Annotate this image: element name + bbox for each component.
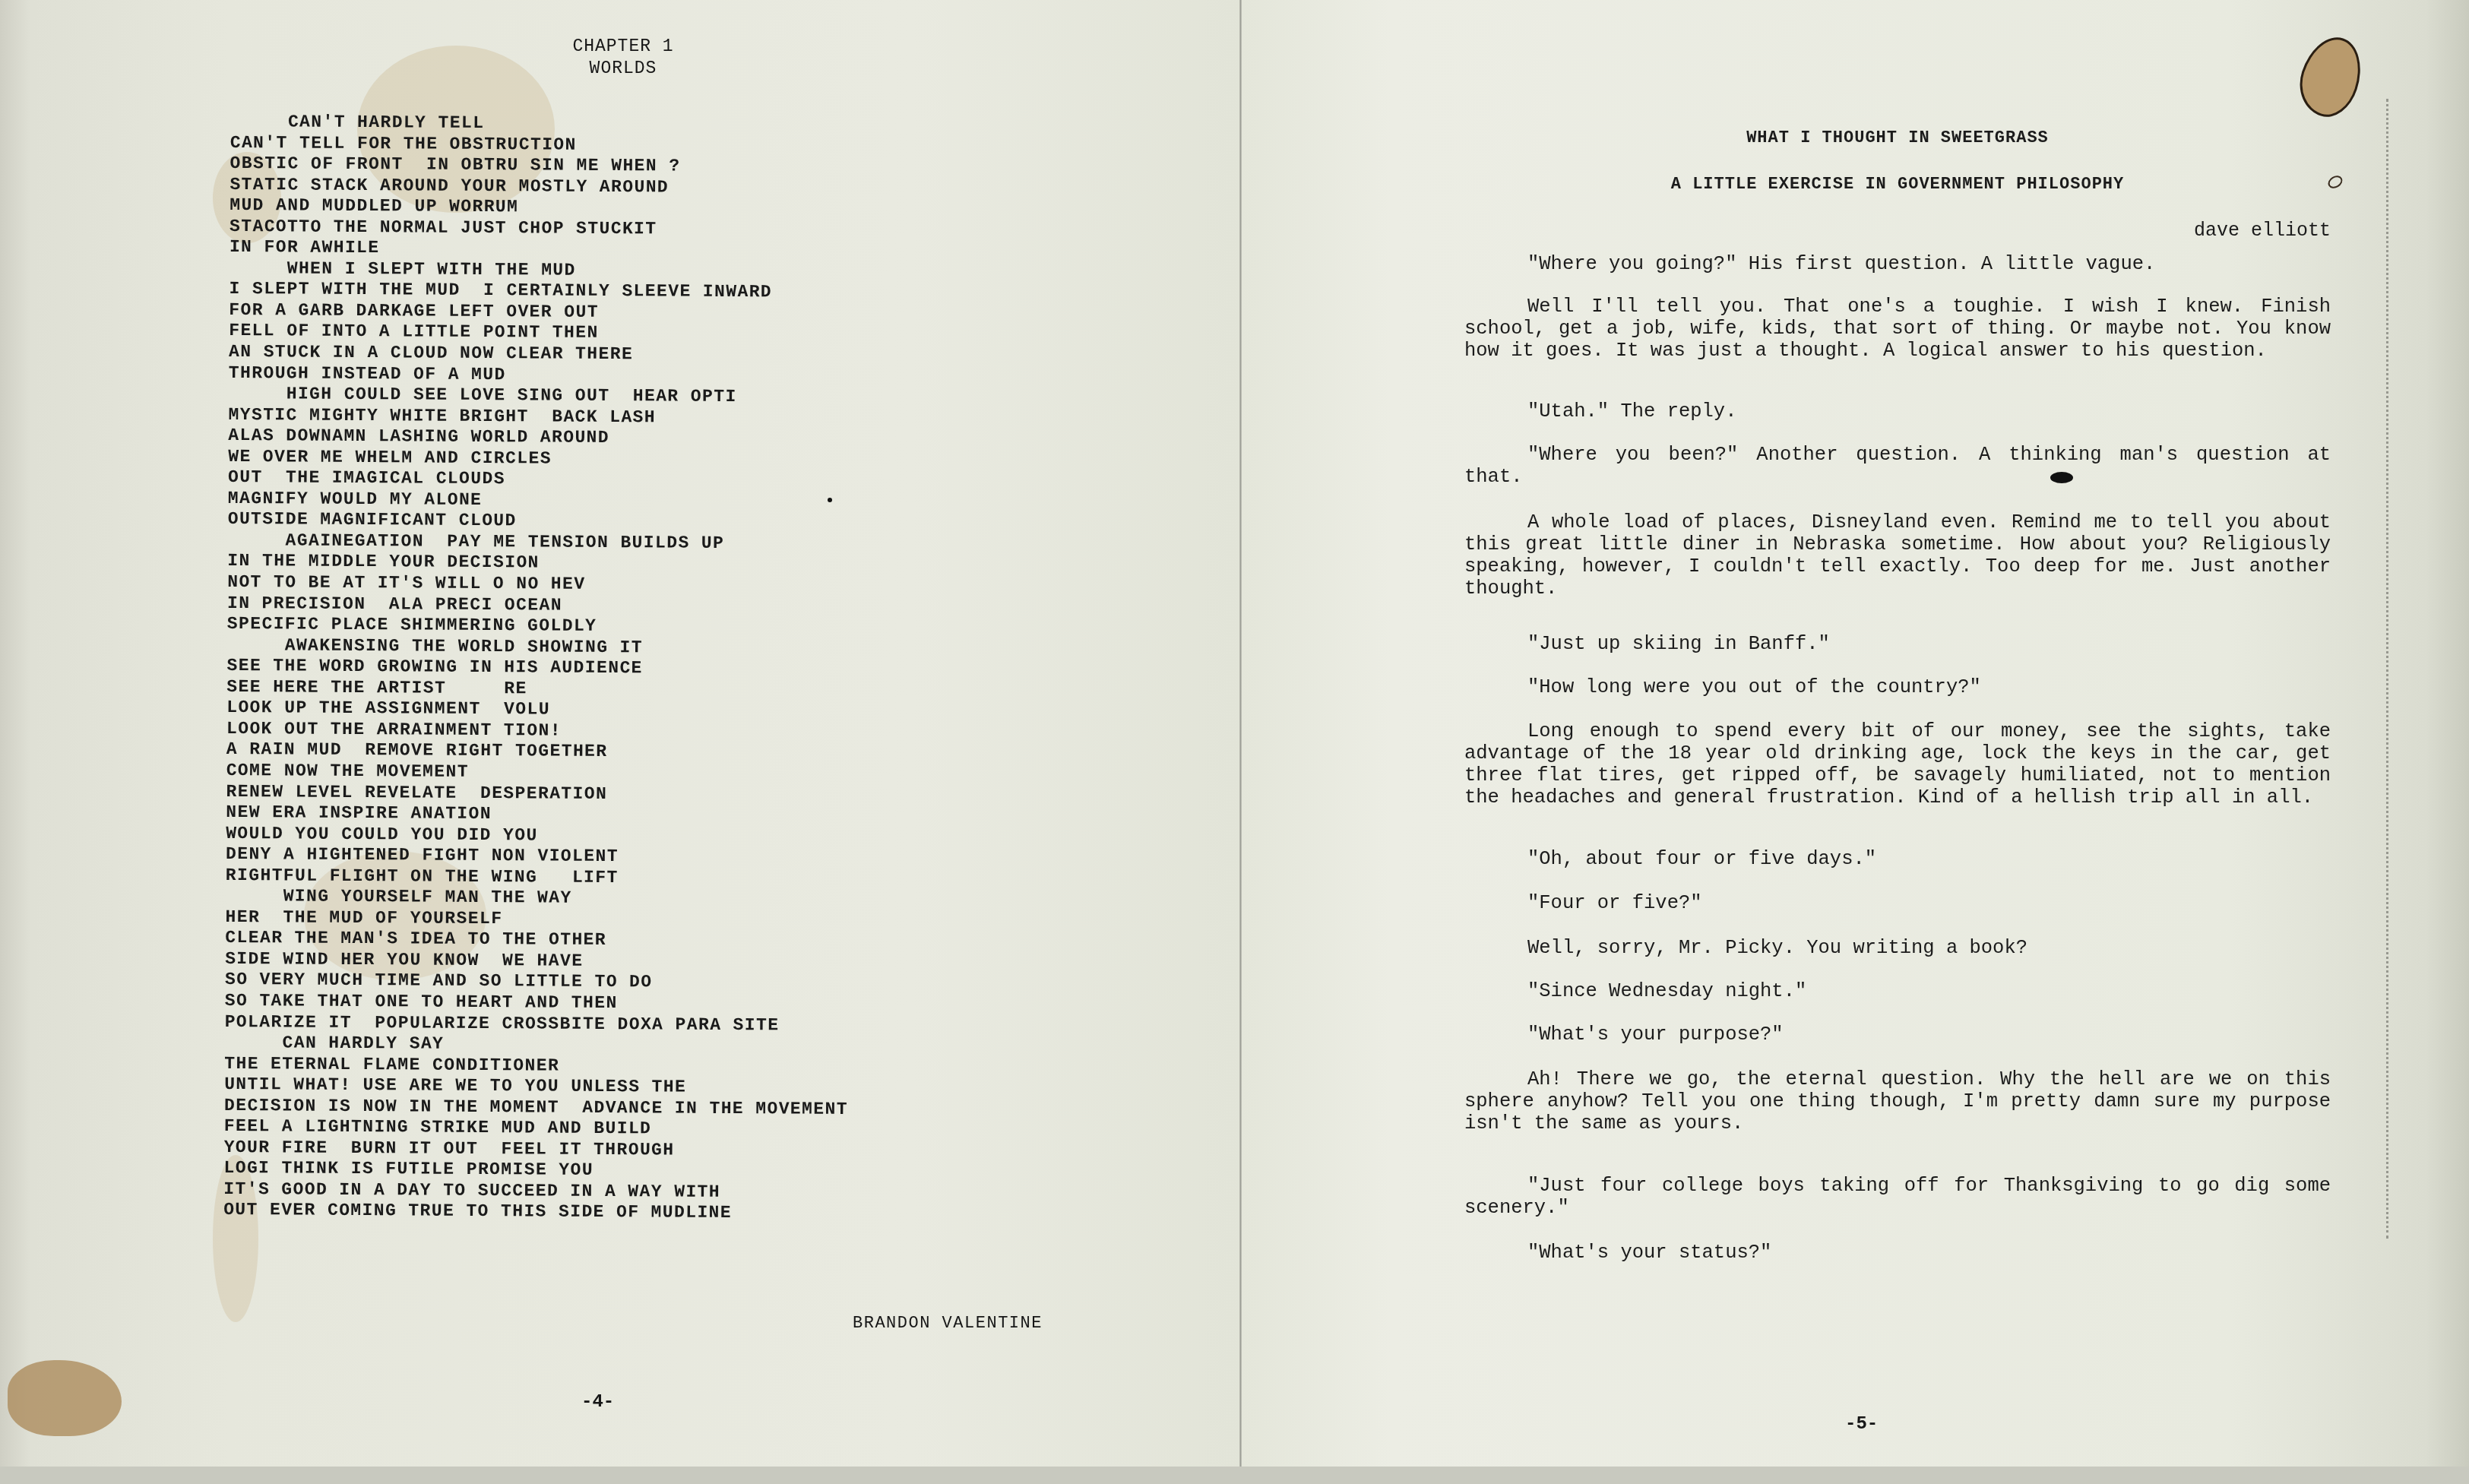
left-page: CHAPTER 1 WORLDS CAN'T HARDLY TELLCAN'T … [0,0,1241,1484]
poem-signature: BRANDON VALENTINE [853,1314,1043,1333]
essay-paragraph: A whole load of places, Disneyland even.… [1464,511,2331,600]
coffee-stain-corner [8,1360,122,1436]
essay-paragraph: Well, sorry, Mr. Picky. You writing a bo… [1464,937,2331,959]
essay-paragraph: "Four or five?" [1464,892,2331,914]
essay-paragraph: Well I'll tell you. That one's a toughie… [1464,296,2331,362]
essay-paragraph: Ah! There we go, the eternal question. W… [1464,1068,2331,1134]
essay-paragraph: "What's your status?" [1464,1242,2331,1264]
page-number-right: -5- [1845,1414,1878,1435]
chapter-heading: CHAPTER 1 WORLDS [562,36,684,80]
essay-paragraph: "What's your purpose?" [1464,1024,2331,1046]
bottom-edge [0,1467,2469,1484]
poem-line: NEW ERA INSPIRE ANATION [226,802,850,827]
poem-line: NOT TO BE AT IT'S WILL O NO HEV [227,572,851,597]
essay-paragraph: "Where you been?" Another question. A th… [1464,444,2331,488]
poem-line: CAN'T HARDLY TELL [230,112,854,137]
poem-text: CAN'T HARDLY TELLCAN'T TELL FOR THE OBST… [223,112,854,1225]
poem-line: COME NOW THE MOVEMENT [226,761,850,786]
essay-paragraph: "Just up skiing in Banff." [1464,633,2331,655]
page-number-left: -4- [581,1392,614,1413]
essay-paragraph: "How long were you out of the country?" [1464,676,2331,698]
center-fold [1239,0,1242,1484]
chapter-title: WORLDS [562,58,684,80]
poem-line: SO TAKE THAT ONE TO HEART AND THEN [225,991,849,1016]
essay-subtitle: A LITTLE EXERCISE IN GOVERNMENT PHILOSOP… [1464,173,2331,195]
essay-paragraph: "Since Wednesday night." [1464,980,2331,1002]
essay-paragraph: "Just four college boys taking off for T… [1464,1175,2331,1219]
poem-line: OUT EVER COMING TRUE TO THIS SIDE OF MUD… [223,1200,847,1225]
chapter-label: CHAPTER 1 [562,36,684,58]
essay-title: WHAT I THOUGHT IN SWEETGRASS [1464,127,2331,149]
essay-paragraph: "Utah." The reply. [1464,400,2331,422]
essay-paragraph: "Oh, about four or five days." [1464,848,2331,870]
essay-paragraph: Long enough to spend every bit of our mo… [1464,720,2331,808]
page-edge [2386,99,2391,1239]
poem-line: CAN HARDLY SAY [224,1033,848,1058]
booklet-spread: CHAPTER 1 WORLDS CAN'T HARDLY TELLCAN'T … [0,0,2469,1484]
poem-line: AN STUCK IN A CLOUD NOW CLEAR THERE [229,342,853,367]
essay-paragraph: "Where you going?" His first question. A… [1464,253,2331,275]
essay-author: dave elliott [2194,220,2331,242]
ink-speck [828,498,832,502]
